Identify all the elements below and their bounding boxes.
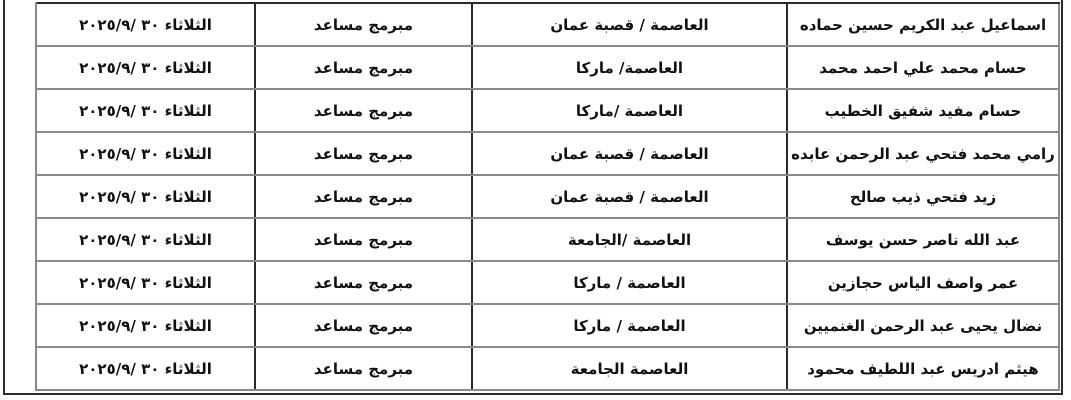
cell-region: العاصمة/ ماركا: [472, 46, 787, 89]
cell-job-title: مبرمج مساعد: [255, 261, 472, 304]
cell-name: حسام مفيد شفيق الخطيب: [787, 89, 1059, 132]
cell-region: العاصمة / ماركا: [472, 304, 787, 347]
table-row: عمر واصف الياس حجازين العاصمة / ماركا مب…: [36, 261, 1059, 304]
cell-region: العاصمة / قصبة عمان: [472, 132, 787, 175]
cell-date: الثلاثاء ٣٠ /٢٠٢٥/٩: [36, 261, 255, 304]
cell-job-title: مبرمج مساعد: [255, 304, 472, 347]
cell-job-title: مبرمج مساعد: [255, 46, 472, 89]
cell-date: الثلاثاء ٣٠ /٢٠٢٥/٩: [36, 89, 255, 132]
cell-name: زيد فتحي ذيب صالح: [787, 175, 1059, 218]
cell-name: رامي محمد فتحي عبد الرحمن عابده: [787, 132, 1059, 175]
cell-date: الثلاثاء ٣٠ /٢٠٢٥/٩: [36, 347, 255, 390]
table-row: هيثم ادريس عبد اللطيف محمود العاصمة الجا…: [36, 347, 1059, 390]
cell-region: العاصمة /الجامعة: [472, 218, 787, 261]
table-row: عبد الله ناصر حسن يوسف العاصمة /الجامعة …: [36, 218, 1059, 261]
cell-date: الثلاثاء ٣٠ /٢٠٢٥/٩: [36, 46, 255, 89]
cell-name: عمر واصف الياس حجازين: [787, 261, 1059, 304]
cell-region: العاصمة / قصبة عمان: [472, 175, 787, 218]
cell-region: العاصمة / ماركا: [472, 261, 787, 304]
cell-job-title: مبرمج مساعد: [255, 175, 472, 218]
cell-region: العاصمة / قصبة عمان: [472, 3, 787, 46]
cell-name: حسام محمد علي احمد محمد: [787, 46, 1059, 89]
table-row: زيد فتحي ذيب صالح العاصمة / قصبة عمان مب…: [36, 175, 1059, 218]
cell-date: الثلاثاء ٣٠ /٢٠٢٥/٩: [36, 175, 255, 218]
candidates-table: اسماعيل عبد الكريم حسين حماده العاصمة / …: [35, 2, 1060, 391]
cell-job-title: مبرمج مساعد: [255, 3, 472, 46]
cell-job-title: مبرمج مساعد: [255, 132, 472, 175]
cell-job-title: مبرمج مساعد: [255, 89, 472, 132]
cell-date: الثلاثاء ٣٠ /٢٠٢٥/٩: [36, 132, 255, 175]
cell-name: عبد الله ناصر حسن يوسف: [787, 218, 1059, 261]
cell-job-title: مبرمج مساعد: [255, 218, 472, 261]
cell-name: نضال يحيى عبد الرحمن الغنميين: [787, 304, 1059, 347]
cell-job-title: مبرمج مساعد: [255, 347, 472, 390]
cell-date: الثلاثاء ٣٠ /٢٠٢٥/٩: [36, 304, 255, 347]
cell-name: اسماعيل عبد الكريم حسين حماده: [787, 3, 1059, 46]
table-row: رامي محمد فتحي عبد الرحمن عابده العاصمة …: [36, 132, 1059, 175]
cell-name: هيثم ادريس عبد اللطيف محمود: [787, 347, 1059, 390]
table-row: نضال يحيى عبد الرحمن الغنميين العاصمة / …: [36, 304, 1059, 347]
cell-date: الثلاثاء ٣٠ /٢٠٢٥/٩: [36, 3, 255, 46]
table-row: اسماعيل عبد الكريم حسين حماده العاصمة / …: [36, 3, 1059, 46]
table-row: حسام مفيد شفيق الخطيب العاصمة /ماركا مبر…: [36, 89, 1059, 132]
cell-region: العاصمة الجامعة: [472, 347, 787, 390]
cell-date: الثلاثاء ٣٠ /٢٠٢٥/٩: [36, 218, 255, 261]
cell-region: العاصمة /ماركا: [472, 89, 787, 132]
table-row: حسام محمد علي احمد محمد العاصمة/ ماركا م…: [36, 46, 1059, 89]
